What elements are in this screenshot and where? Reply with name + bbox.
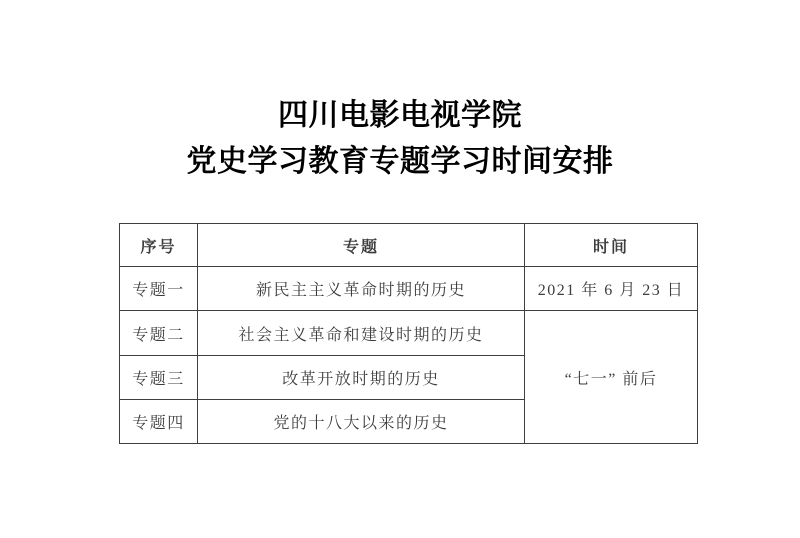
cell-serial: 专题四: [120, 400, 198, 444]
schedule-table: 序号 专题 时间 专题一 新民主主义革命时期的历史 2021 年 6 月 23 …: [119, 223, 698, 444]
header-serial-number: 序号: [120, 224, 198, 267]
document-page: 四川电影电视学院 党史学习教育专题学习时间安排 序号 专题 时间 专题一 新民主…: [0, 0, 800, 538]
cell-serial: 专题二: [120, 311, 198, 356]
title-line-1: 四川电影电视学院: [0, 93, 800, 139]
cell-time: 2021 年 6 月 23 日: [525, 267, 698, 311]
cell-topic: 改革开放时期的历史: [198, 356, 525, 400]
table-header-row: 序号 专题 时间: [120, 224, 698, 267]
table-row-topic-1: 专题一 新民主主义革命时期的历史 2021 年 6 月 23 日: [120, 267, 698, 311]
cell-serial: 专题三: [120, 356, 198, 400]
cell-topic: 社会主义革命和建设时期的历史: [198, 311, 525, 356]
title-line-2: 党史学习教育专题学习时间安排: [0, 139, 800, 185]
header-topic: 专题: [198, 224, 525, 267]
cell-serial: 专题一: [120, 267, 198, 311]
cell-topic: 新民主主义革命时期的历史: [198, 267, 525, 311]
header-time: 时间: [525, 224, 698, 267]
cell-topic: 党的十八大以来的历史: [198, 400, 525, 444]
cell-time-merged: “七一” 前后: [525, 311, 698, 444]
document-title: 四川电影电视学院 党史学习教育专题学习时间安排: [0, 93, 800, 185]
table-row-topic-2: 专题二 社会主义革命和建设时期的历史 “七一” 前后: [120, 311, 698, 356]
